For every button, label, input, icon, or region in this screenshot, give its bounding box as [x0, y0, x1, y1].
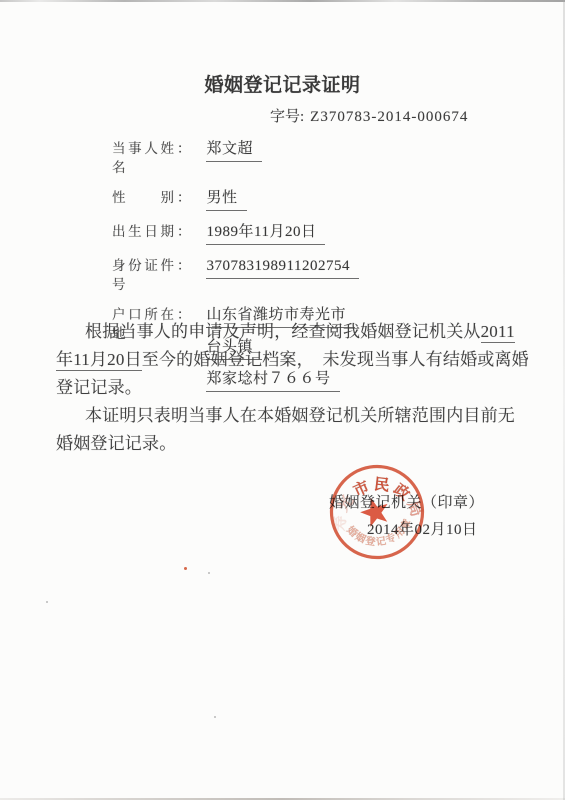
- document-title: 婚姻登记记录证明: [0, 70, 565, 97]
- field-value-text: 男性: [206, 189, 247, 211]
- field-colon: ：: [177, 186, 191, 206]
- field-value-line: 郑文超: [206, 139, 263, 162]
- certificate-page: 婚姻登记记录证明 字号:Z370783-2014-000674 当事人姓名：郑文…: [0, 0, 565, 800]
- field-value-text: 370783198911202754: [206, 257, 359, 279]
- field-row: 身份证件号：370783198911202754: [112, 254, 512, 294]
- field-value-line: 370783198911202754: [206, 256, 359, 279]
- field-value-line: 1989年11月20日: [206, 222, 326, 245]
- field-row: 性别：男性: [112, 186, 512, 211]
- field-values: 男性: [206, 188, 247, 211]
- field-value-line: 男性: [206, 188, 247, 211]
- serial-value: Z370783-2014-000674: [310, 109, 468, 125]
- underlined-text: 2011: [481, 322, 515, 343]
- field-colon: ：: [177, 220, 191, 240]
- body-paragraphs: 根据当事人的申请及声明，经查阅我婚姻登记机关从2011年11月20日至今的婚姻登…: [56, 320, 516, 460]
- field-row: 当事人姓名：郑文超: [112, 137, 512, 177]
- scan-edge-top: [0, 0, 565, 2]
- field-values: 郑文超: [206, 139, 263, 162]
- seal-star-icon: [357, 494, 392, 529]
- text-segment: 根据当事人的申请及声明，经查阅我婚姻登记机关从: [85, 322, 481, 341]
- paragraph-line: 年11月20日至今的婚姻登记档案， 未发现当事人有结婚或离婚: [56, 348, 516, 376]
- field-value-text: 郑文超: [206, 140, 263, 162]
- field-label: 性别: [112, 188, 174, 207]
- scan-speck: [214, 716, 216, 718]
- paragraph-line: 根据当事人的申请及声明，经查阅我婚姻登记机关从2011: [56, 320, 516, 348]
- text-segment: 婚姻登记记录。: [56, 434, 176, 453]
- field-values: 1989年11月20日: [206, 222, 326, 245]
- scan-speck: [184, 567, 187, 570]
- field-value-text: 1989年11月20日: [206, 223, 326, 245]
- field-label: 当事人姓名: [112, 139, 174, 177]
- scan-speck: [208, 572, 210, 574]
- paragraph-line: 本证明只表明当事人在本婚姻登记机关所辖范围内目前无: [56, 404, 516, 432]
- underlined-text: 年11月20日: [56, 350, 142, 371]
- paragraph-line: 登记记录。: [56, 376, 516, 404]
- serial-label: 字号:: [270, 109, 304, 125]
- field-row: 出生日期：1989年11月20日: [112, 220, 512, 245]
- field-colon: ：: [177, 137, 191, 157]
- serial-number-line: 字号:Z370783-2014-000674: [270, 105, 468, 126]
- text-segment: 至今的婚姻登记档案， 未发现当事人有结婚或离婚: [142, 350, 529, 369]
- scan-speck: [46, 601, 48, 603]
- field-colon: ：: [177, 254, 191, 274]
- field-label: 出生日期: [112, 222, 174, 241]
- paragraph-line: 婚姻登记记录。: [56, 432, 516, 460]
- official-red-seal: 寿光市民政局 婚姻登记专用章: [315, 450, 439, 574]
- text-segment: 登记记录。: [56, 378, 142, 397]
- text-segment: 本证明只表明当事人在本婚姻登记机关所辖范围内目前无: [85, 406, 515, 425]
- field-values: 370783198911202754: [206, 256, 359, 279]
- field-label: 身份证件号: [112, 256, 174, 294]
